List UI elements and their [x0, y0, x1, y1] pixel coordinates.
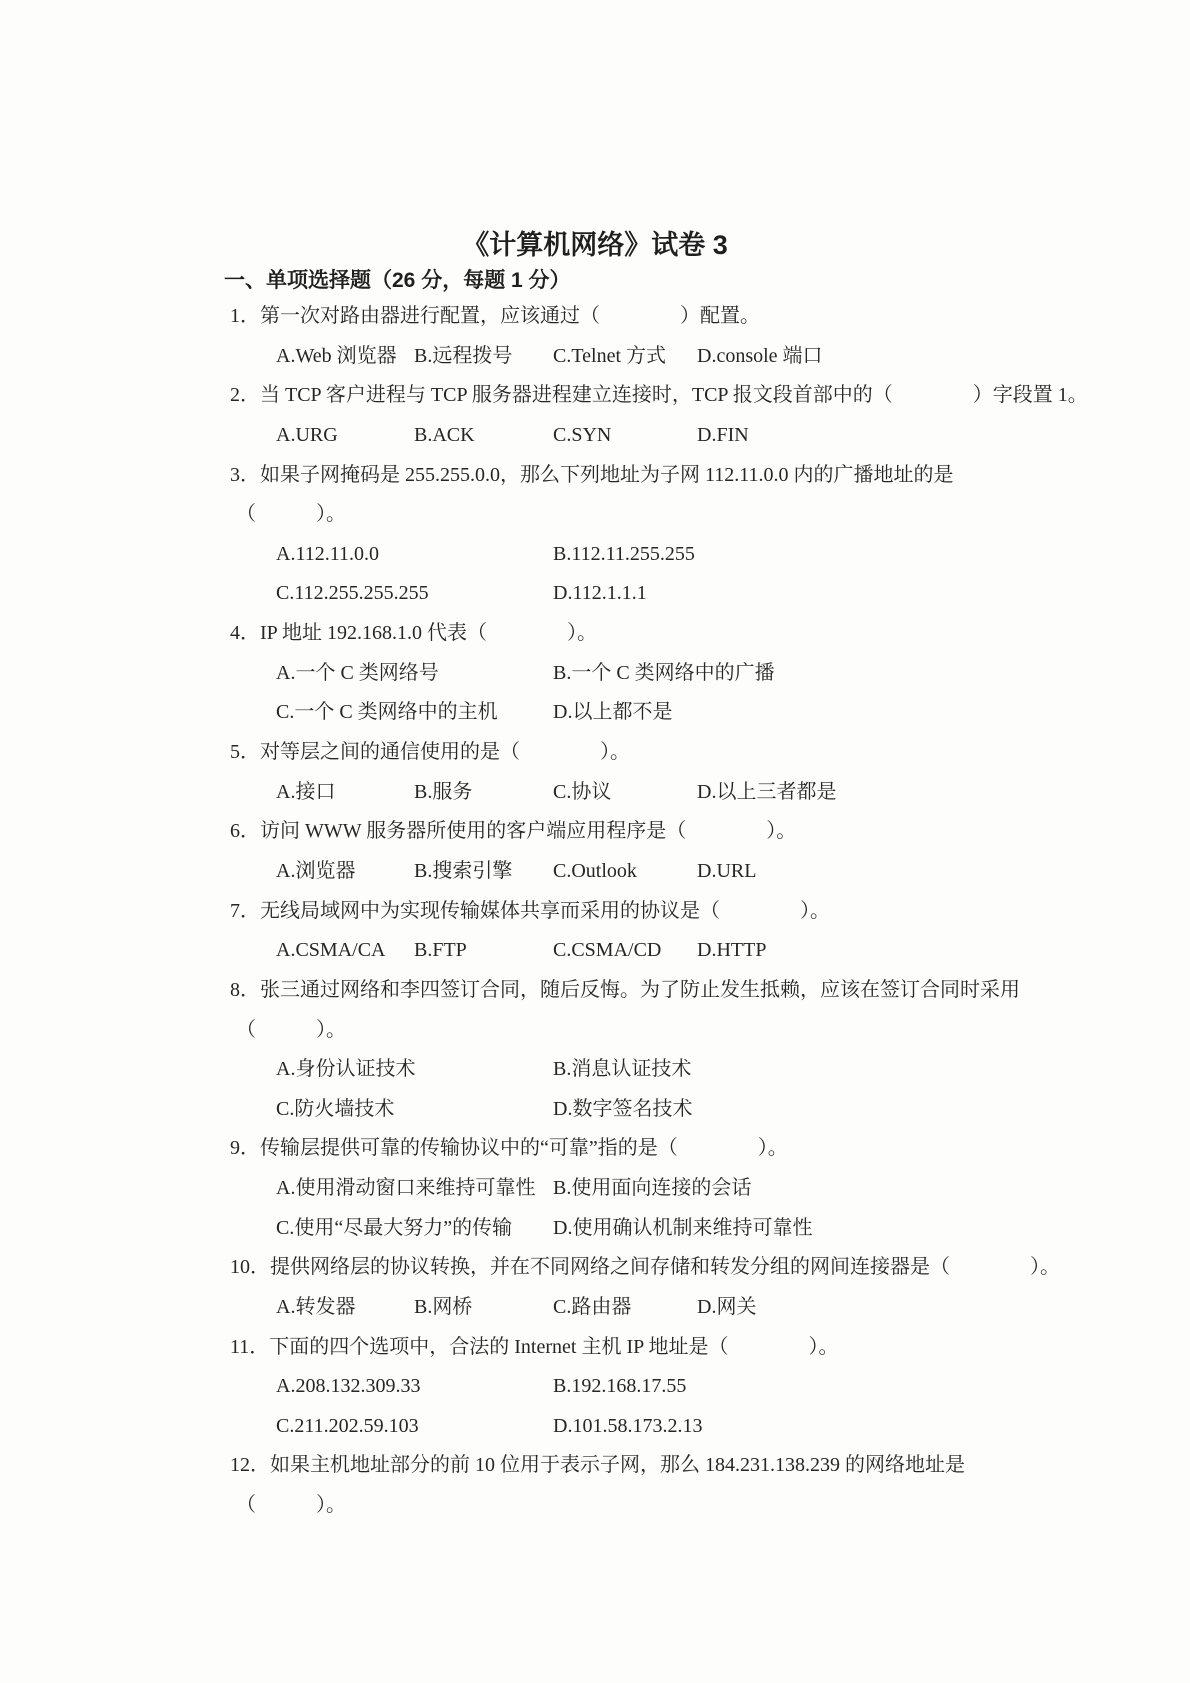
- question-7-option-d: D.HTTP: [697, 935, 766, 965]
- question-5-option-c: C.协议: [553, 777, 611, 807]
- question-4-option-d: D.以上都不是: [553, 697, 672, 727]
- question-11-option-d: D.101.58.173.2.13: [553, 1411, 702, 1441]
- question-7-option-b: B.FTP: [414, 935, 467, 965]
- question-4-option-a: A.一个 C 类网络号: [276, 658, 439, 688]
- question-10-options-row: A.转发器 B.网桥 C.路由器 D.网关: [0, 1292, 1190, 1322]
- question-8-option-b: B.消息认证技术: [553, 1054, 691, 1084]
- question-6-stem: 6．访问 WWW 服务器所使用的客户端应用程序是（ ）。: [230, 816, 796, 846]
- question-5-option-d: D.以上三者都是: [697, 777, 836, 807]
- question-10-option-a: A.转发器: [276, 1292, 355, 1322]
- question-9-stem: 9．传输层提供可靠的传输协议中的“可靠”指的是（ ）。: [230, 1133, 788, 1163]
- question-6-option-d: D.URL: [697, 856, 756, 886]
- question-2-option-a: A.URG: [276, 420, 338, 450]
- question-7-stem: 7．无线局域网中为实现传输媒体共享而采用的协议是（ ）。: [230, 896, 830, 926]
- section-heading: 一、单项选择题（26 分，每题 1 分）: [224, 266, 571, 296]
- question-8-option-d: D.数字签名技术: [553, 1094, 692, 1124]
- exam-page: 《计算机网络》试卷 3 一、单项选择题（26 分，每题 1 分） 1．第一次对路…: [0, 0, 1190, 1683]
- question-12-stem: 12．如果主机地址部分的前 10 位用于表示子网，那么 184.231.138.…: [230, 1450, 965, 1480]
- question-3-option-c: C.112.255.255.255: [276, 578, 429, 608]
- question-9-option-c: C.使用“尽最大努力”的传输: [276, 1213, 512, 1243]
- question-5-option-b: B.服务: [414, 777, 472, 807]
- question-8-options-row-1: A.身份认证技术 B.消息认证技术: [0, 1054, 1190, 1084]
- question-11-option-a: A.208.132.309.33: [276, 1371, 420, 1401]
- question-7-option-c: C.CSMA/CD: [553, 935, 661, 965]
- question-9-option-b: B.使用面向连接的会话: [553, 1173, 751, 1203]
- question-3-option-b: B.112.11.255.255: [553, 539, 695, 569]
- question-8-option-a: A.身份认证技术: [276, 1054, 415, 1084]
- question-1-option-d: D.console 端口: [697, 341, 823, 371]
- question-1-stem: 1．第一次对路由器进行配置，应该通过（ ）配置。: [230, 301, 760, 331]
- question-1-option-c: C.Telnet 方式: [553, 341, 666, 371]
- question-6-option-b: B.搜索引擎: [414, 856, 512, 886]
- question-12-stem-continuation: （ ）。: [236, 1490, 346, 1520]
- question-4-options-row-2: C.一个 C 类网络中的主机 D.以上都不是: [0, 697, 1190, 727]
- question-6-options-row: A.浏览器 B.搜索引擎 C.Outlook D.URL: [0, 856, 1190, 886]
- question-8-options-row-2: C.防火墙技术 D.数字签名技术: [0, 1094, 1190, 1124]
- question-8-stem: 8．张三通过网络和李四签订合同，随后反悔。为了防止发生抵赖，应该在签订合同时采用: [230, 975, 1020, 1005]
- question-8-stem-continuation: （ ）。: [236, 1015, 346, 1045]
- question-7-options-row: A.CSMA/CA B.FTP C.CSMA/CD D.HTTP: [0, 935, 1190, 965]
- question-5-stem: 5．对等层之间的通信使用的是（ ）。: [230, 737, 630, 767]
- question-2-option-c: C.SYN: [553, 420, 611, 450]
- question-5-options-row: A.接口 B.服务 C.协议 D.以上三者都是: [0, 777, 1190, 807]
- question-3-options-row-1: A.112.11.0.0 B.112.11.255.255: [0, 539, 1190, 569]
- question-11-options-row-1: A.208.132.309.33 B.192.168.17.55: [0, 1371, 1190, 1401]
- question-4-options-row-1: A.一个 C 类网络号 B.一个 C 类网络中的广播: [0, 658, 1190, 688]
- question-4-option-c: C.一个 C 类网络中的主机: [276, 697, 498, 727]
- question-5-option-a: A.接口: [276, 777, 335, 807]
- question-11-stem: 11．下面的四个选项中，合法的 Internet 主机 IP 地址是（ ）。: [230, 1332, 839, 1362]
- question-10-option-d: D.网关: [697, 1292, 756, 1322]
- question-4-stem: 4．IP 地址 192.168.1.0 代表（ ）。: [230, 618, 597, 648]
- question-8-option-c: C.防火墙技术: [276, 1094, 394, 1124]
- question-3-options-row-2: C.112.255.255.255 D.112.1.1.1: [0, 578, 1190, 608]
- question-9-options-row-1: A.使用滑动窗口来维持可靠性 B.使用面向连接的会话: [0, 1173, 1190, 1203]
- question-10-option-b: B.网桥: [414, 1292, 472, 1322]
- question-11-option-c: C.211.202.59.103: [276, 1411, 419, 1441]
- question-11-options-row-2: C.211.202.59.103 D.101.58.173.2.13: [0, 1411, 1190, 1441]
- question-2-option-b: B.ACK: [414, 420, 475, 450]
- question-2-option-d: D.FIN: [697, 420, 749, 450]
- question-3-option-a: A.112.11.0.0: [276, 539, 379, 569]
- question-4-option-b: B.一个 C 类网络中的广播: [553, 658, 775, 688]
- question-9-option-a: A.使用滑动窗口来维持可靠性: [276, 1173, 535, 1203]
- question-9-options-row-2: C.使用“尽最大努力”的传输 D.使用确认机制来维持可靠性: [0, 1213, 1190, 1243]
- question-2-options-row: A.URG B.ACK C.SYN D.FIN: [0, 420, 1190, 450]
- question-3-option-d: D.112.1.1.1: [553, 578, 647, 608]
- question-2-stem: 2．当 TCP 客户进程与 TCP 服务器进程建立连接时，TCP 报文段首部中的…: [230, 380, 1088, 410]
- question-1-option-b: B.远程拨号: [414, 341, 512, 371]
- question-1-option-a: A.Web 浏览器: [276, 341, 397, 371]
- question-10-stem: 10．提供网络层的协议转换，并在不同网络之间存储和转发分组的网间连接器是（ ）。: [230, 1252, 1060, 1282]
- question-1-options-row: A.Web 浏览器 B.远程拨号 C.Telnet 方式 D.console 端…: [0, 341, 1190, 371]
- exam-title: 《计算机网络》试卷 3: [0, 230, 1190, 260]
- question-3-stem-continuation: （ ）。: [236, 499, 346, 529]
- question-6-option-c: C.Outlook: [553, 856, 637, 886]
- question-6-option-a: A.浏览器: [276, 856, 355, 886]
- question-7-option-a: A.CSMA/CA: [276, 935, 385, 965]
- question-10-option-c: C.路由器: [553, 1292, 631, 1322]
- question-3-stem: 3．如果子网掩码是 255.255.0.0，那么下列地址为子网 112.11.0…: [230, 460, 954, 490]
- question-11-option-b: B.192.168.17.55: [553, 1371, 686, 1401]
- question-9-option-d: D.使用确认机制来维持可靠性: [553, 1213, 812, 1243]
